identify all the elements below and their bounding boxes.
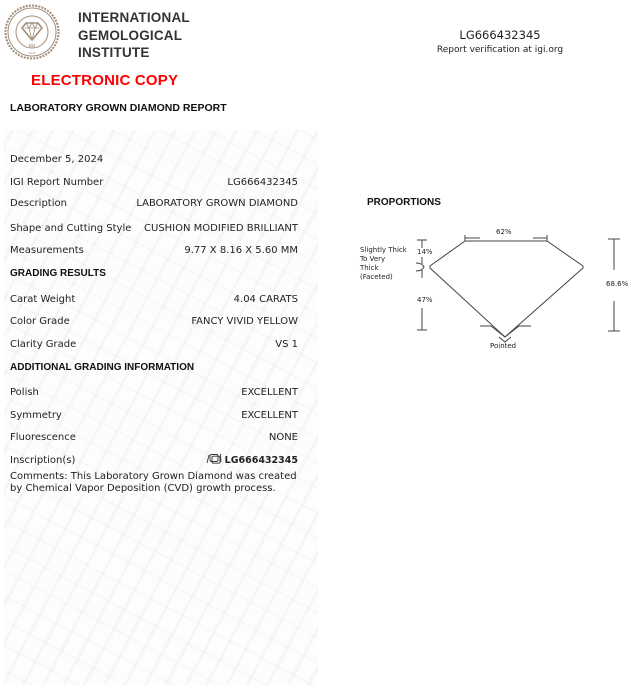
grading-value: VS 1: [275, 339, 298, 350]
girdle-line: (Faceted): [360, 273, 407, 282]
grading-row: Carat Weight 4.04 CARATS: [10, 294, 298, 305]
additional-label: Inscription(s): [10, 455, 75, 466]
detail-value: LG666432345: [227, 177, 298, 188]
grading-label: Color Grade: [10, 316, 70, 327]
org-name-line: INSTITUTE: [78, 44, 190, 62]
girdle-line: Thick: [360, 264, 407, 273]
svg-text:1975: 1975: [29, 51, 36, 55]
additional-label: Fluorescence: [10, 432, 76, 443]
header-report-number: LG666432345: [410, 28, 590, 42]
report-verification-block: LG666432345 Report verification at igi.o…: [410, 28, 590, 55]
detail-value: 9.77 X 8.16 X 5.60 MM: [184, 245, 298, 256]
proportions-heading: PROPORTIONS: [367, 197, 441, 208]
detail-row: IGI Report Number LG666432345: [10, 177, 298, 188]
detail-label: Description: [10, 198, 67, 209]
organization-name: INTERNATIONAL GEMOLOGICAL INSTITUTE: [78, 9, 190, 62]
grading-value: FANCY VIVID YELLOW: [191, 316, 298, 327]
comments-text: Comments: This Laboratory Grown Diamond …: [10, 471, 310, 495]
electronic-copy-label: ELECTRONIC COPY: [31, 72, 178, 89]
diamond-profile-outline: [350, 220, 632, 360]
detail-label: Measurements: [10, 245, 84, 256]
grading-results-heading: GRADING RESULTS: [10, 268, 106, 279]
culet-label: Pointed: [490, 342, 516, 351]
svg-text:IGI: IGI: [29, 43, 35, 48]
girdle-description: Slightly Thick To Very Thick (Faceted): [360, 246, 407, 282]
proportions-diagram: 62% 68.6% 14% 47% Slightly Thick To Very…: [350, 220, 632, 360]
report-date: December 5, 2024: [10, 154, 103, 165]
detail-value: CUSHION MODIFIED BRILLIANT: [144, 223, 298, 234]
igi-seal-icon: IGI 1975: [4, 4, 60, 60]
additional-grading-heading: ADDITIONAL GRADING INFORMATION: [10, 362, 194, 373]
detail-value: LABORATORY GROWN DIAMOND: [136, 198, 298, 209]
grading-value: 4.04 CARATS: [234, 294, 298, 305]
additional-value: NONE: [269, 432, 298, 443]
grading-row: Clarity Grade VS 1: [10, 339, 298, 350]
additional-value: EXCELLENT: [241, 410, 298, 421]
additional-row: Symmetry EXCELLENT: [10, 410, 298, 421]
org-name-line: INTERNATIONAL: [78, 9, 190, 27]
additional-row: Fluorescence NONE: [10, 432, 298, 443]
verification-link[interactable]: Report verification at igi.org: [410, 45, 590, 55]
grading-row: Color Grade FANCY VIVID YELLOW: [10, 316, 298, 327]
igi-inscription-icon: [206, 453, 222, 464]
additional-value: EXCELLENT: [241, 387, 298, 398]
girdle-line: Slightly Thick: [360, 246, 407, 255]
grading-label: Carat Weight: [10, 294, 75, 305]
detail-label: Shape and Cutting Style: [10, 223, 131, 234]
security-watermark-background: [4, 130, 318, 685]
inscription-text: LG666432345: [225, 455, 298, 466]
additional-row: Polish EXCELLENT: [10, 387, 298, 398]
org-name-line: GEMOLOGICAL: [78, 27, 190, 45]
table-percent: 62%: [496, 228, 512, 237]
crown-height-percent: 14%: [417, 248, 433, 257]
total-depth-percent: 68.6%: [606, 280, 628, 289]
grading-label: Clarity Grade: [10, 339, 76, 350]
girdle-line: To Very: [360, 255, 407, 264]
inscription-value: LG666432345: [206, 453, 298, 466]
pavilion-depth-percent: 47%: [417, 296, 433, 305]
detail-row: Description LABORATORY GROWN DIAMOND: [10, 198, 298, 209]
additional-label: Polish: [10, 387, 39, 398]
additional-row: Inscription(s) LG666432345: [10, 453, 298, 466]
report-title: LABORATORY GROWN DIAMOND REPORT: [10, 102, 227, 114]
detail-row: Measurements 9.77 X 8.16 X 5.60 MM: [10, 245, 298, 256]
detail-row: Shape and Cutting Style CUSHION MODIFIED…: [10, 223, 298, 234]
additional-label: Symmetry: [10, 410, 62, 421]
detail-label: IGI Report Number: [10, 177, 103, 188]
